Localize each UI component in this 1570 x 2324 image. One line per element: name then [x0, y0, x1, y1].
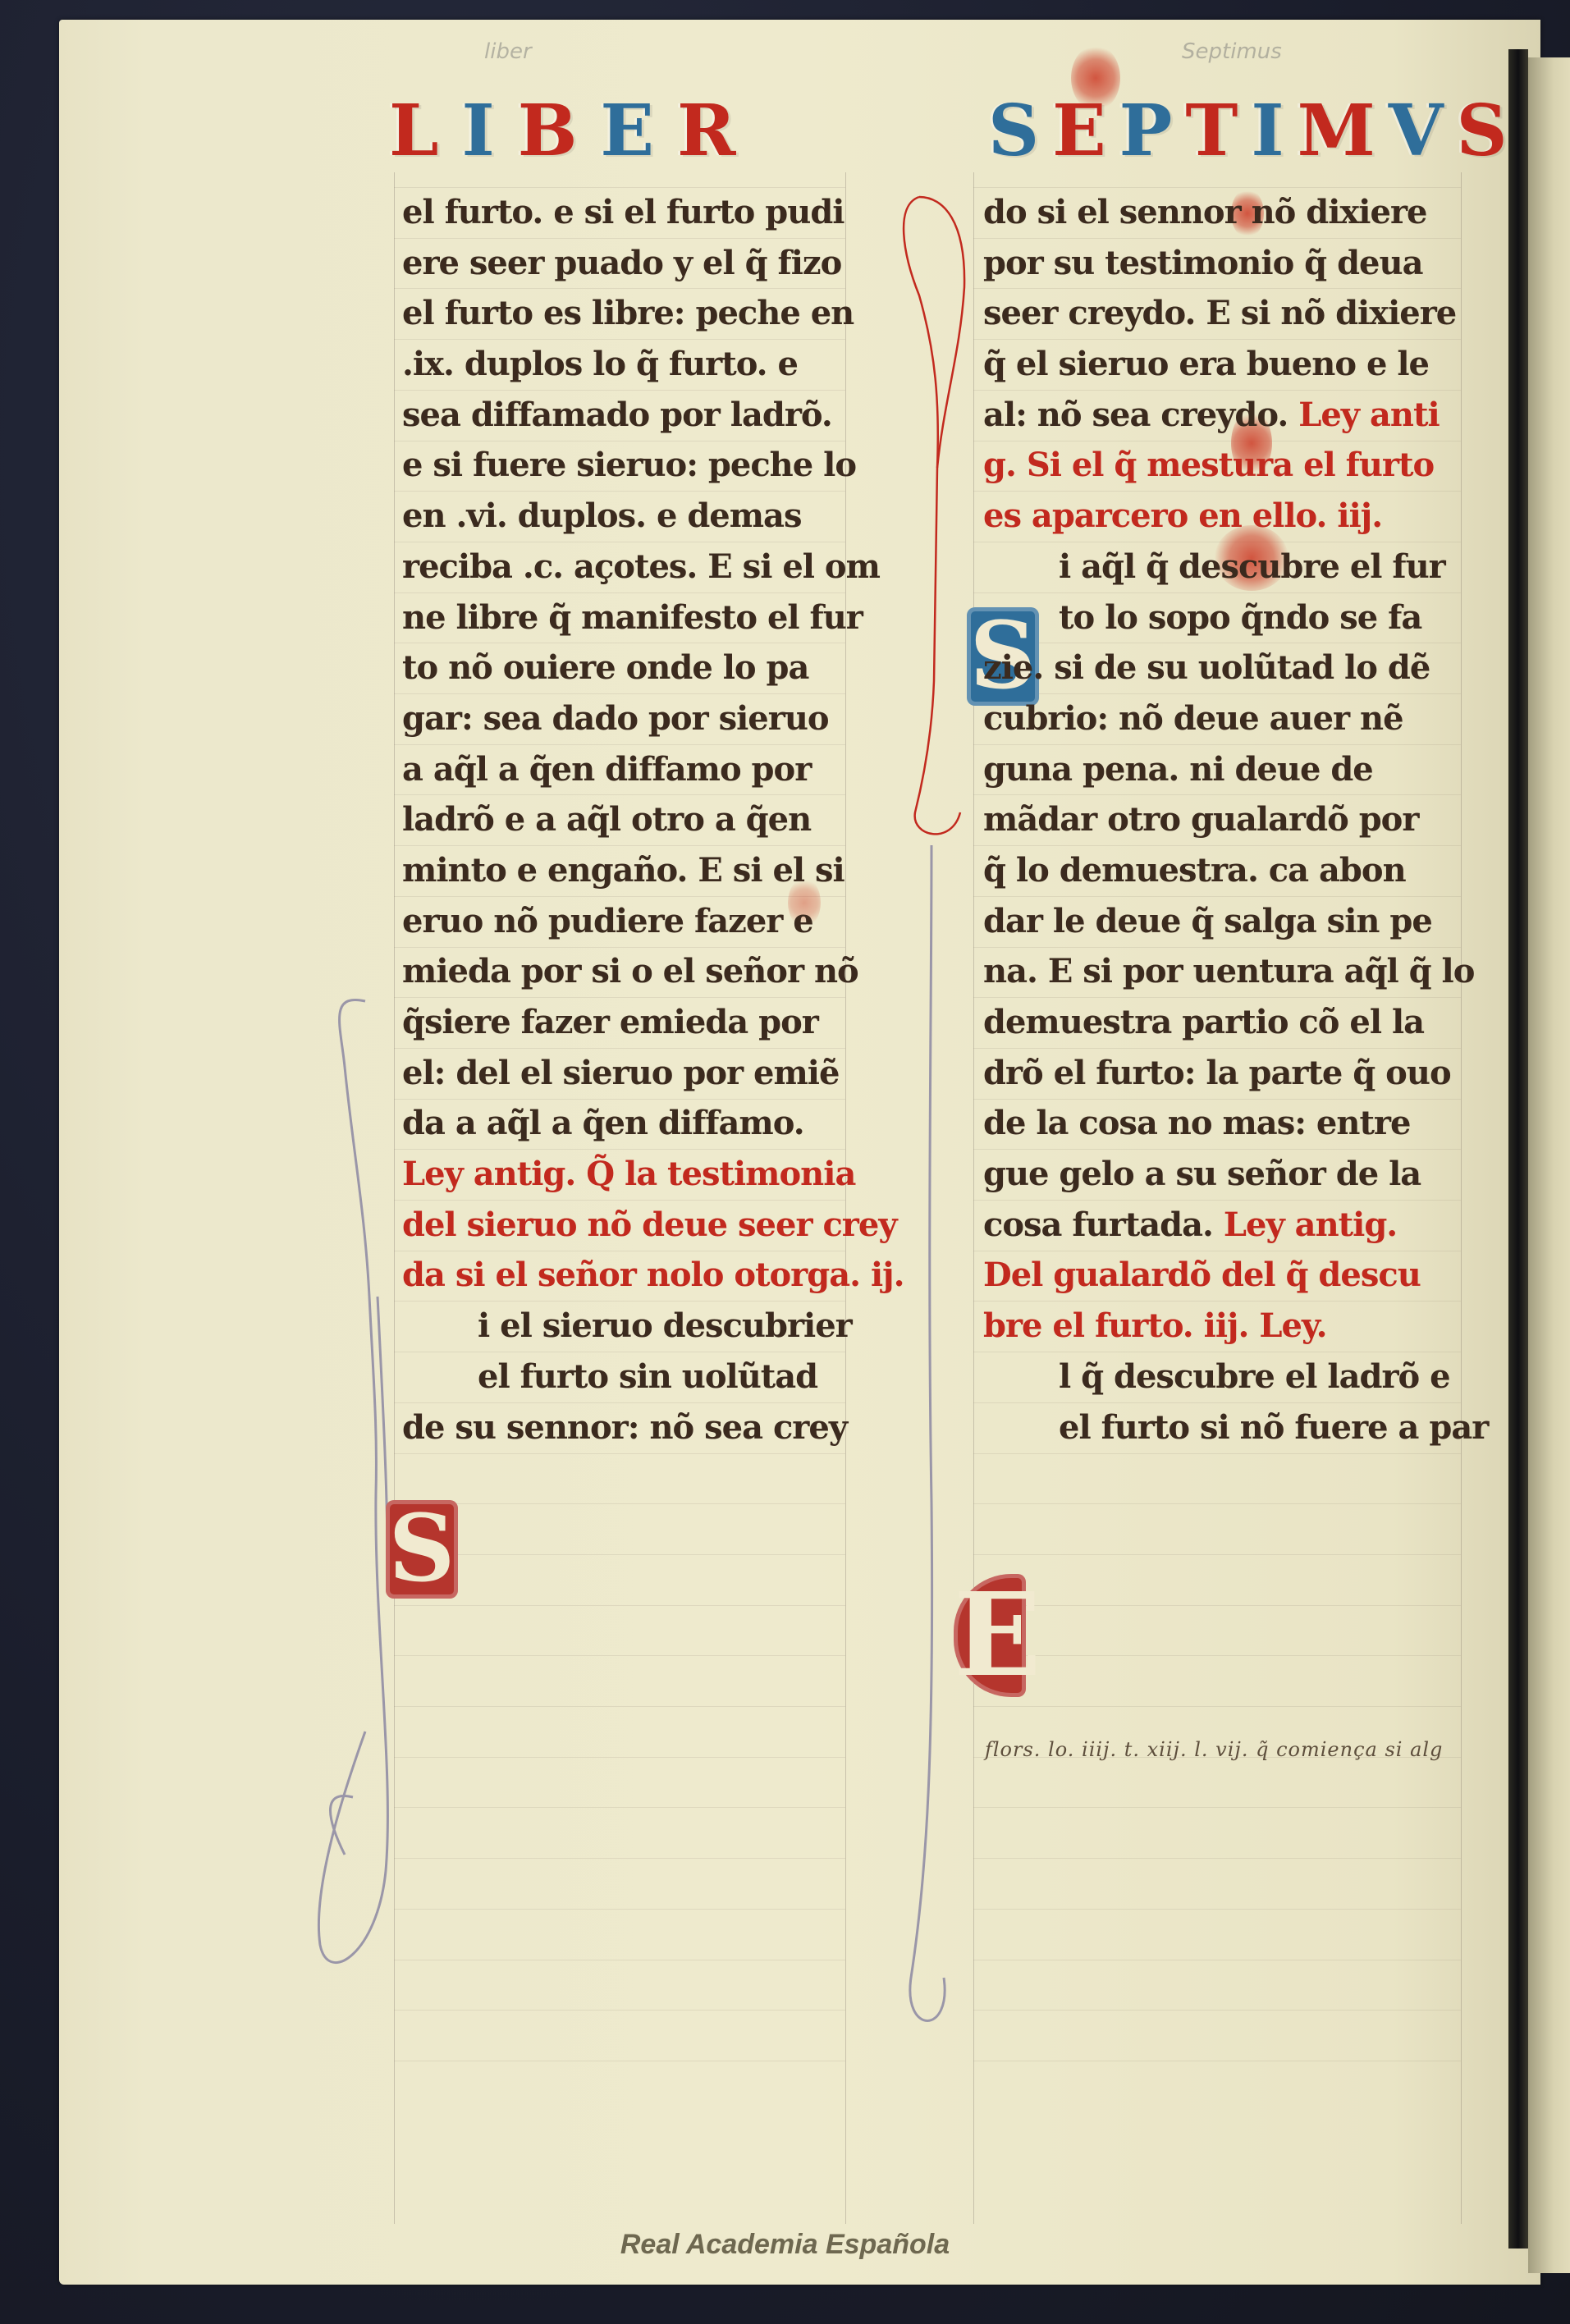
text-line: reciba .c. açotes. E si el om [402, 542, 895, 592]
ruling-line [394, 1706, 845, 1707]
ruling-line [973, 1706, 1461, 1707]
ruling-line [394, 2010, 845, 2011]
text-segment: cosa furtada. [983, 1205, 1224, 1244]
text-line: to nõ ouiere onde lo pa [402, 643, 895, 693]
pencil-note-left: liber [484, 39, 532, 64]
running-header-liber: LIBER [386, 90, 755, 172]
text-line: cubrio: nõ deue auer nẽ [983, 693, 1476, 744]
text-line: gar: sea dado por sieruo [402, 693, 895, 744]
ruling-line [394, 1909, 845, 1910]
text-line: sea diffamado por ladrõ. [402, 390, 895, 441]
header-letter: I [458, 90, 514, 172]
ruling-line [394, 1605, 845, 1606]
text-line: drõ el furto: la parte q̃ ouo [983, 1048, 1476, 1099]
text-line: minto e engaño. E si el si [402, 845, 895, 896]
ruling-line [973, 2061, 1461, 2061]
text-line: q̃ el sieruo era bueno e le [983, 339, 1476, 390]
text-line: demuestra partio cõ el la [983, 997, 1476, 1048]
header-letter: V [1385, 90, 1453, 172]
ruling-line [973, 1554, 1461, 1555]
header-letter: R [674, 90, 755, 172]
header-letter: E [597, 90, 674, 172]
text-line: el furto sin uolũtad [402, 1352, 895, 1402]
rubric-line: bre el furto. iij. Ley. [983, 1301, 1476, 1352]
text-line: dar le deue q̃ salga sin pe [983, 896, 1476, 947]
text-line: .ix. duplos lo q̃ furto. e [402, 339, 895, 390]
pen-flourish-center [886, 189, 977, 2076]
ruling-line [394, 1554, 845, 1555]
rubric-line: es aparcero en ello. iij. [983, 491, 1476, 542]
ruling-line [394, 1503, 845, 1504]
text-line: el furto si nõ fuere a par [983, 1402, 1476, 1453]
ruling-line [394, 1807, 845, 1808]
rubric-segment: Ley antig. [1224, 1205, 1397, 1244]
text-line: de su sennor: nõ sea crey [402, 1402, 895, 1453]
text-line: to lo sopo q̃ndo se fa [983, 592, 1476, 643]
ruling-line [394, 1757, 845, 1758]
text-line: e si fuere sieruo: peche lo [402, 440, 895, 491]
header-letter: L [386, 90, 458, 172]
header-letter: S [985, 90, 1049, 172]
ruling-line [973, 1503, 1461, 1504]
rubric-line: Ley antig. Q̃ la testimonia [402, 1149, 895, 1200]
text-line: gue gelo a su señor de la [983, 1149, 1476, 1200]
text-line: eruo nõ pudiere fazer e [402, 896, 895, 947]
header-letter: P [1116, 90, 1183, 172]
text-line: ladrõ e a aq̃l otro a q̃en [402, 794, 895, 845]
ruling-line [973, 1858, 1461, 1859]
text-line: de la cosa no mas: entre [983, 1098, 1476, 1149]
text-line: i aq̃l q̃ descubre el fur [983, 542, 1476, 592]
text-line: zie. si de su uolũtad lo dẽ [983, 643, 1476, 693]
ruling-line [973, 1655, 1461, 1656]
marginal-cross-reference-note: flors. lo. iiij. t. xiij. l. vij. q̃ com… [985, 1738, 1443, 1761]
rubric-line: g. Si el q̃ mestura el furto [983, 440, 1476, 491]
header-letter: S [1453, 90, 1517, 172]
right-text-column: do si el sennor nõ dixiere por su testim… [983, 187, 1476, 1452]
running-header-septimus: SEPTIMVS [985, 90, 1517, 172]
text-line: el furto. e si el furto pudi [402, 187, 895, 238]
text-line: l q̃ descubre el ladrõ e [983, 1352, 1476, 1402]
ruling-line [394, 1655, 845, 1656]
text-line: mãdar otro gualardõ por [983, 794, 1476, 845]
rubric-line: da si el señor nolo otorga. ij. [402, 1250, 895, 1301]
text-line: i el sieruo descubrier [402, 1301, 895, 1352]
header-letter: E [1049, 90, 1116, 172]
pencil-note-right: Septimus [1182, 39, 1282, 64]
ruling-line [973, 1807, 1461, 1808]
text-line: guna pena. ni deue de [983, 744, 1476, 795]
header-letter: B [515, 90, 597, 172]
ruling-line [394, 1453, 845, 1454]
rubric-line: del sieruo nõ deue seer crey [402, 1200, 895, 1251]
facing-page-edge [1528, 57, 1570, 2273]
text-line: el: del el sieruo por emiẽ [402, 1048, 895, 1099]
text-segment: al: nõ sea creydo. [983, 396, 1298, 434]
header-letter: M [1294, 90, 1385, 172]
text-line: a aq̃l a q̃en diffamo por [402, 744, 895, 795]
institution-watermark: Real Academia Española [0, 2229, 1570, 2261]
rubric-segment: Ley anti [1298, 396, 1439, 434]
text-line: el furto es libre: peche en [402, 288, 895, 339]
decorated-initial-s: S [386, 1500, 458, 1599]
ruling-line [394, 1858, 845, 1859]
ruling-line [973, 1605, 1461, 1606]
text-line: mieda por si o el señor nõ [402, 946, 895, 997]
text-line: en .vi. duplos. e demas [402, 491, 895, 542]
text-line: ere seer puado y el q̃ fizo [402, 238, 895, 289]
mixed-line: cosa furtada. Ley antig. [983, 1200, 1476, 1251]
text-line: seer creydo. E si nõ dixiere [983, 288, 1476, 339]
ruling-line [973, 2010, 1461, 2011]
text-line: ne libre q̃ manifesto el fur [402, 592, 895, 643]
decorated-initial-e: E [954, 1574, 1026, 1697]
text-line: por su testimonio q̃ deua [983, 238, 1476, 289]
header-letter: I [1247, 90, 1293, 172]
rubric-line: Del gualardõ del q̃ descu [983, 1250, 1476, 1301]
left-text-column: el furto. e si el furto pudi ere seer pu… [402, 187, 895, 1452]
ruling-line [394, 1960, 845, 1960]
text-line: na. E si por uentura aq̃l q̃ lo [983, 946, 1476, 997]
text-line: q̃ lo demuestra. ca abon [983, 845, 1476, 896]
ruling-line [394, 2061, 845, 2061]
header-letter: T [1182, 90, 1247, 172]
ruling-line [973, 1960, 1461, 1960]
ruling-line [973, 1909, 1461, 1910]
mixed-line: al: nõ sea creydo. Ley anti [983, 390, 1476, 441]
text-line: q̃siere fazer emieda por [402, 997, 895, 1048]
text-line: do si el sennor nõ dixiere [983, 187, 1476, 238]
ruling-line [973, 1453, 1461, 1454]
book-gutter [1508, 49, 1528, 2249]
text-line: da a aq̃l a q̃en diffamo. [402, 1098, 895, 1149]
